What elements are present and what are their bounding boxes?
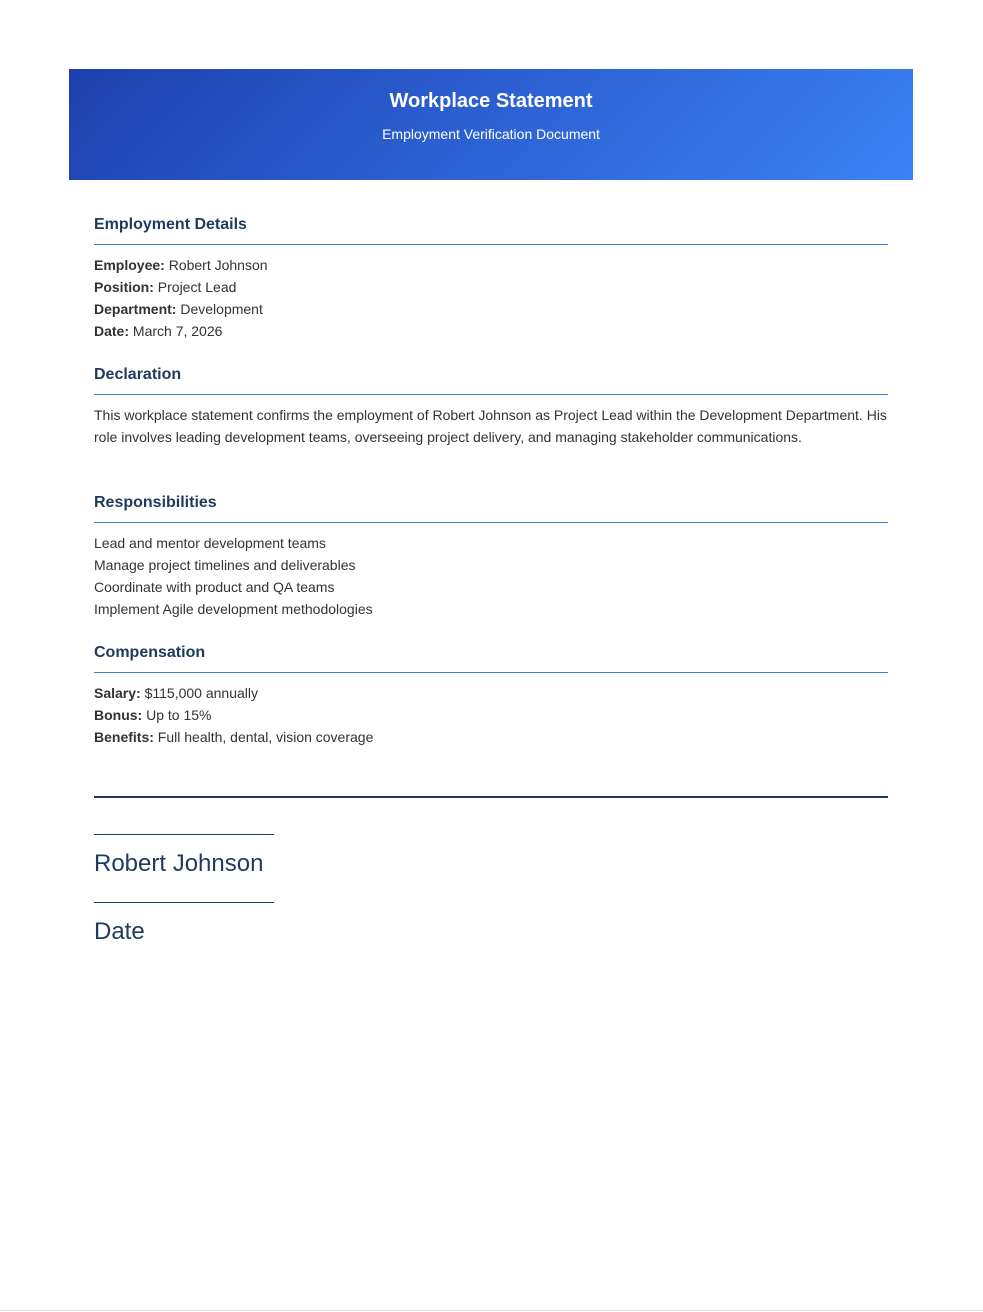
field-label: Bonus: — [94, 707, 142, 723]
field-label: Employee: — [94, 257, 165, 273]
section-heading: Declaration — [94, 365, 888, 395]
bonus-field: Bonus: Up to 15% — [94, 704, 888, 726]
signature-date-label: Date — [94, 918, 274, 946]
section-heading: Compensation — [94, 643, 888, 673]
signature-divider — [94, 796, 888, 798]
signature-date-block: Date — [94, 902, 274, 946]
field-value: Up to 15% — [146, 707, 211, 723]
document-subtitle: Employment Verification Document — [69, 125, 913, 143]
compensation-section: Compensation Salary: $115,000 annually B… — [94, 643, 888, 748]
document-header: Workplace Statement Employment Verificat… — [69, 69, 913, 180]
signature-line — [94, 834, 274, 835]
document-page: Workplace Statement Employment Verificat… — [69, 69, 913, 180]
salary-field: Salary: $115,000 annually — [94, 682, 888, 704]
employment-details-section: Employment Details Employee: Robert John… — [94, 215, 888, 342]
department-field: Department: Development — [94, 298, 888, 320]
signature-name: Robert Johnson — [94, 850, 274, 878]
field-label: Salary: — [94, 685, 141, 701]
employee-field: Employee: Robert Johnson — [94, 254, 888, 276]
declaration-section: Declaration This workplace statement con… — [94, 365, 888, 448]
document-title: Workplace Statement — [69, 89, 913, 113]
date-line — [94, 902, 274, 903]
field-value: Robert Johnson — [169, 257, 268, 273]
responsibilities-section: Responsibilities Lead and mentor develop… — [94, 493, 888, 620]
field-value: March 7, 2026 — [133, 323, 223, 339]
field-label: Date: — [94, 323, 129, 339]
field-value: Project Lead — [158, 279, 237, 295]
field-value: Full health, dental, vision coverage — [158, 729, 374, 745]
field-label: Position: — [94, 279, 154, 295]
responsibility-item: Manage project timelines and deliverable… — [94, 554, 888, 576]
signature-name-block: Robert Johnson — [94, 834, 274, 878]
responsibility-item: Coordinate with product and QA teams — [94, 576, 888, 598]
section-heading: Employment Details — [94, 215, 888, 245]
section-heading: Responsibilities — [94, 493, 888, 523]
responsibility-item: Lead and mentor development teams — [94, 532, 888, 554]
field-value: Development — [180, 301, 263, 317]
page-bottom-border — [0, 1310, 983, 1311]
field-label: Department: — [94, 301, 176, 317]
field-label: Benefits: — [94, 729, 154, 745]
benefits-field: Benefits: Full health, dental, vision co… — [94, 726, 888, 748]
position-field: Position: Project Lead — [94, 276, 888, 298]
responsibility-item: Implement Agile development methodologie… — [94, 598, 888, 620]
field-value: $115,000 annually — [145, 685, 258, 701]
declaration-text: This workplace statement confirms the em… — [94, 395, 888, 448]
date-field: Date: March 7, 2026 — [94, 320, 888, 342]
